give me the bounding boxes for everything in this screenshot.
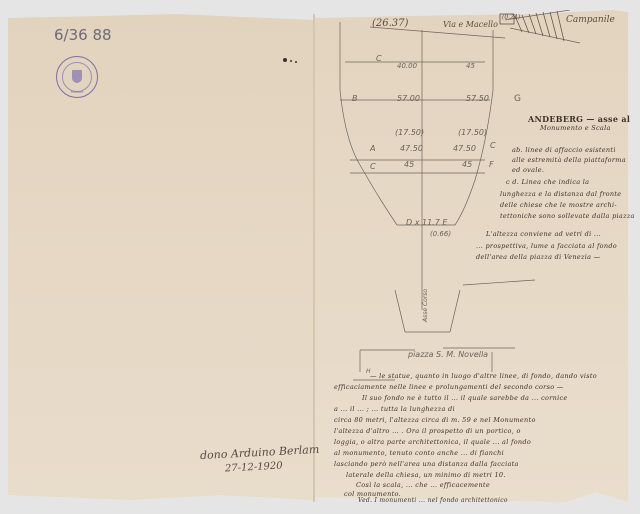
label-row-a-val2: 47.50 xyxy=(453,144,476,153)
body-note: Il suo fondo ne è tutto il ... il quale … xyxy=(362,394,568,402)
stamp-shield-icon xyxy=(72,70,82,83)
catalog-number: 6/36 88 xyxy=(54,26,112,44)
label-paren-right: (17.50) xyxy=(458,128,487,137)
body-note: Così la scala, ... che ... efficacemente xyxy=(356,481,490,489)
label-row-b-val2: 57.50 xyxy=(466,94,489,103)
label-street: Via e Macello xyxy=(443,20,498,29)
label-row-c2-val2: 45 xyxy=(462,160,472,169)
margin-note: tettoniche sono sollevate dalla piazza xyxy=(500,212,635,220)
label-row-a-right: C xyxy=(490,141,496,150)
label-row-a-val1: 47.50 xyxy=(400,144,423,153)
margin-note: lunghezza e la distanza dal fronte xyxy=(500,190,621,198)
left-page xyxy=(8,14,313,500)
body-note: Ved. I monumenti ... nel fondo architett… xyxy=(358,497,508,504)
margin-note: ab. linee di affaccio esistenti xyxy=(512,146,616,154)
label-side-axis: Asse Corso xyxy=(422,289,429,322)
body-note: al monumento, tenuto conto anche ... di … xyxy=(334,449,504,457)
label-row-c2-left: C xyxy=(370,162,376,171)
body-note: lasciando però nell'area una distanza da… xyxy=(334,460,519,468)
body-note: loggia, o altra parte architettonica, il… xyxy=(334,438,531,446)
label-bottom-paren: (0.66) xyxy=(430,230,451,238)
label-campanile: Campanile xyxy=(566,15,615,25)
label-corner-box: (0.24) xyxy=(502,14,520,21)
margin-note: ANDEBERG — asse al xyxy=(528,114,630,124)
body-note: a ... il ... ; ... tutta la lunghezza di xyxy=(334,405,455,413)
label-row-b-val1: 57.00 xyxy=(397,94,420,103)
margin-note: Monumento e Scala xyxy=(540,124,611,132)
label-row-b-left: B xyxy=(352,94,358,103)
label-piazza: piazza S. M. Novella xyxy=(408,350,488,359)
label-bottom-dim: D x 11.7 E xyxy=(406,218,447,227)
margin-note: alle estremità della piattaforma xyxy=(512,156,626,164)
body-note: laterale della chiesa, un minimo di metr… xyxy=(346,471,506,479)
margin-note: dell'area della piazza di Venezia — xyxy=(476,253,600,261)
body-note: l'altezza d'altro ... . Ora il prospetto… xyxy=(334,427,521,435)
body-note: circa 80 metri, l'altezza circa di m. 59… xyxy=(334,416,536,424)
label-row-c-val1: 40.00 xyxy=(397,62,417,70)
label-row-c-left: C xyxy=(376,54,382,63)
margin-note: c d. Linea che indica la xyxy=(506,178,589,186)
label-top-paren: (26.37) xyxy=(372,18,408,29)
archive-stamp: · FIRENZE · xyxy=(56,56,98,98)
label-paren-left: (17.50) xyxy=(395,128,424,137)
label-row-c-val2: 45 xyxy=(466,62,475,70)
label-row-a-left: A xyxy=(370,144,375,153)
margin-note: delle chiese che le mostre archi- xyxy=(500,201,617,209)
label-row-c2-val1: 45 xyxy=(404,160,414,169)
label-row-b-right: G xyxy=(514,94,521,104)
label-row-c2-right: F xyxy=(489,160,494,169)
margin-note: ed ovale. xyxy=(512,166,544,174)
body-note: — le statue, quanto in luogo d'altre lin… xyxy=(370,372,597,380)
margin-note: ... prospettiva, lume a facciata al fond… xyxy=(476,242,617,250)
body-note: efficaciamente nelle linee e prolungamen… xyxy=(334,383,564,391)
stamp-ring-text: · FIRENZE · xyxy=(57,90,97,94)
margin-note: L'altezza conviene ad vetri di ... xyxy=(486,230,601,238)
